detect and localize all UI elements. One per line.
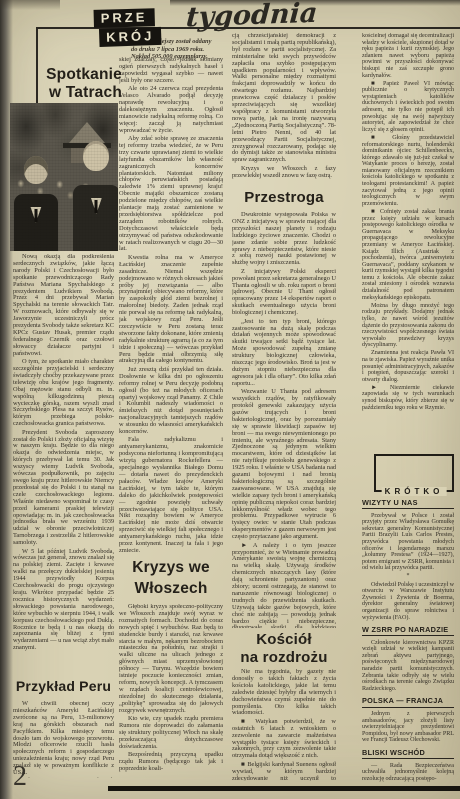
article-paragraph: „Jest to ten typ broni, którego zastosow…	[232, 319, 336, 388]
article-paragraph: Kryzys we Włoszech z fazy przewlekłej ws…	[232, 166, 336, 180]
krotko-heading-w-zsrr-po-naradzie: W ZSRR PO NARADZIE	[362, 627, 454, 636]
article-paragraph: Nie ma tygodnia, by gazety nie donosiły …	[232, 669, 336, 717]
article-paragraph: Dwukrotnie występowała Polska w ONZ z in…	[232, 212, 336, 267]
photo-grain-overlay	[10, 103, 118, 251]
article-paragraph: Znamienna jest reakcja Pawła VI na te zj…	[362, 350, 454, 383]
column-3-kosciol-text: Nie ma tygodnia, by gazety nie donosiły …	[232, 669, 336, 781]
star-separator: *	[362, 573, 454, 580]
krotko-paragraph: — Rada Bezpieczeństwa uchwaliła jednomyś…	[362, 763, 454, 782]
article-paragraph: ► A należy i o tym jeszcze przypomnieć, …	[232, 543, 336, 628]
column-4-krotko-section: WIZYTY U NAS Przebywał w Polsce i został…	[362, 500, 454, 782]
krotko-paragraph: Jednym z pierwszych ambasadorów, jacy zł…	[362, 711, 454, 744]
article-paragraph: Aby zdać sobie sprawę ze znaczenia tej r…	[119, 136, 223, 253]
column-2-wlochy-text: Głęboki kryzys społeczno-polityczny we W…	[119, 604, 223, 781]
edition-script-title: tygodnia	[185, 0, 318, 33]
scan-corner-smudge	[0, 0, 60, 10]
article-paragraph: W chwili obecnej oczy mieszkańców Ameryk…	[13, 701, 114, 777]
column-4-kosciol-text: kościelnej domagał się decentralizacji w…	[362, 33, 454, 451]
article-paragraph: skiej zdarzały, często jednak słomiany o…	[119, 57, 223, 85]
article-paragraph: Już zresztą dziś przykład ten działa. Do…	[119, 367, 223, 436]
article-paragraph: ► Niezmiernie ciekawie zapowiada się w t…	[362, 385, 454, 411]
article-paragraph: Ale oto 24 czerwca rząd prezydenta Velas…	[119, 86, 223, 134]
article-paragraph: Kwestia rolna ma w Ameryce Łacińskiej zn…	[119, 255, 223, 366]
photo-spotkanie-w-tatrach	[10, 103, 118, 251]
krotko-paragraph: Przebywał w Polsce i został przyjęty prz…	[362, 513, 454, 572]
column-1-tatry-text: Nową okazją dla podkreślenia serdecznych…	[13, 254, 114, 675]
logo-line-2: KRÓJ	[99, 27, 162, 47]
article-paragraph: kościelnej domagał się decentralizacji w…	[362, 33, 454, 79]
heading-kryzys-we-wloszech: Kryzys we Włoszech	[119, 557, 223, 599]
logo-line-1: PRZE	[94, 8, 155, 28]
article-paragraph: Fala radykalizmu i antyamerykanizmu, zna…	[119, 437, 223, 553]
heading-spotkanie-w-tatrach: Spotkanie w Tatrach	[36, 66, 122, 102]
heading-kosciol-na-rozdrozu: Kościół na rozdrożu	[232, 631, 336, 667]
article-paragraph: Kto wie, czy upadek rządu premiera Rumor…	[119, 716, 223, 751]
column-3-wlochy-text: cją chrześcijańskiej demokracji z socjal…	[232, 33, 336, 186]
krotko-heading-wizyty-u-nas: WIZYTY U NAS	[362, 500, 454, 509]
heading-przestroga: Przestroga	[232, 189, 336, 206]
article-paragraph: ■ Watykan potwierdził, że w ostatnich 6 …	[232, 719, 336, 760]
article-paragraph: Nową okazją dla podkreślenia serdecznych…	[13, 254, 114, 358]
article-paragraph: W 5 lat później Ludvik Svoboda, wówczas …	[13, 549, 114, 653]
article-paragraph: Z inicjatywy Polski eksperci powołani pr…	[232, 269, 336, 317]
article-paragraph: Wezwanie U Thanta pod adresem wszystkich…	[232, 389, 336, 541]
article-paragraph: ■ Cofnięty został zakaz brania przez ksi…	[362, 209, 454, 301]
article-paragraph: ■ Belgijski kardynał Suenens ogłosił wyw…	[232, 762, 336, 781]
article-paragraph: Prezydent Svoboda zaproszony został do P…	[13, 430, 114, 547]
column-1-peru-text: W chwili obecnej oczy mieszkańców Ameryk…	[13, 701, 114, 778]
krotko-paragraph: Odwiedził Polskę i uczestniczył w otwarc…	[362, 582, 454, 622]
article-paragraph: ■ Głośny przedstawiciel reformatorskiego…	[362, 135, 454, 208]
article-paragraph: ■ Papież Paweł VI mówiąc publicznie o kr…	[362, 81, 454, 134]
column-2-peru-text: skiej zdarzały, często jednak słomiany o…	[119, 57, 223, 553]
article-paragraph: Głęboki kryzys społeczno-polityczny we W…	[119, 604, 223, 715]
krotko-box: KRÓTKO	[374, 454, 454, 492]
article-paragraph: O tym, że spotkanie miało charakter szcz…	[13, 359, 114, 428]
bottom-rule	[108, 786, 460, 791]
krotko-label: KRÓTKO	[382, 487, 447, 496]
krotko-paragraph: Członkowie kierownictwa KPZR wzięli udzi…	[362, 640, 454, 693]
krotko-heading-bliski-wschod: BLISKI WSCHÓD	[362, 750, 454, 759]
column-3-przestroga-text: Dwukrotnie występowała Polska w ONZ z in…	[232, 212, 336, 628]
przekroj-logo: PRZE KRÓJ	[94, 8, 162, 47]
page-number: 2	[13, 761, 27, 793]
article-paragraph: cją chrześcijańskiej demokracji z socjal…	[232, 33, 336, 164]
article-paragraph: Można by długo mnożyć tego rodzaju przyk…	[362, 303, 454, 349]
newspaper-page: PRZE KRÓJ tygodnia Numer niniejszy zosta…	[0, 0, 460, 799]
article-paragraph: Bezpośrednią przyczyną upadku rządu Rumo…	[119, 752, 223, 773]
heading-przyklad-peru: Przykład Peru	[13, 678, 114, 694]
krotko-heading-polska-francja: POLSKA — FRANCJA	[362, 698, 454, 707]
